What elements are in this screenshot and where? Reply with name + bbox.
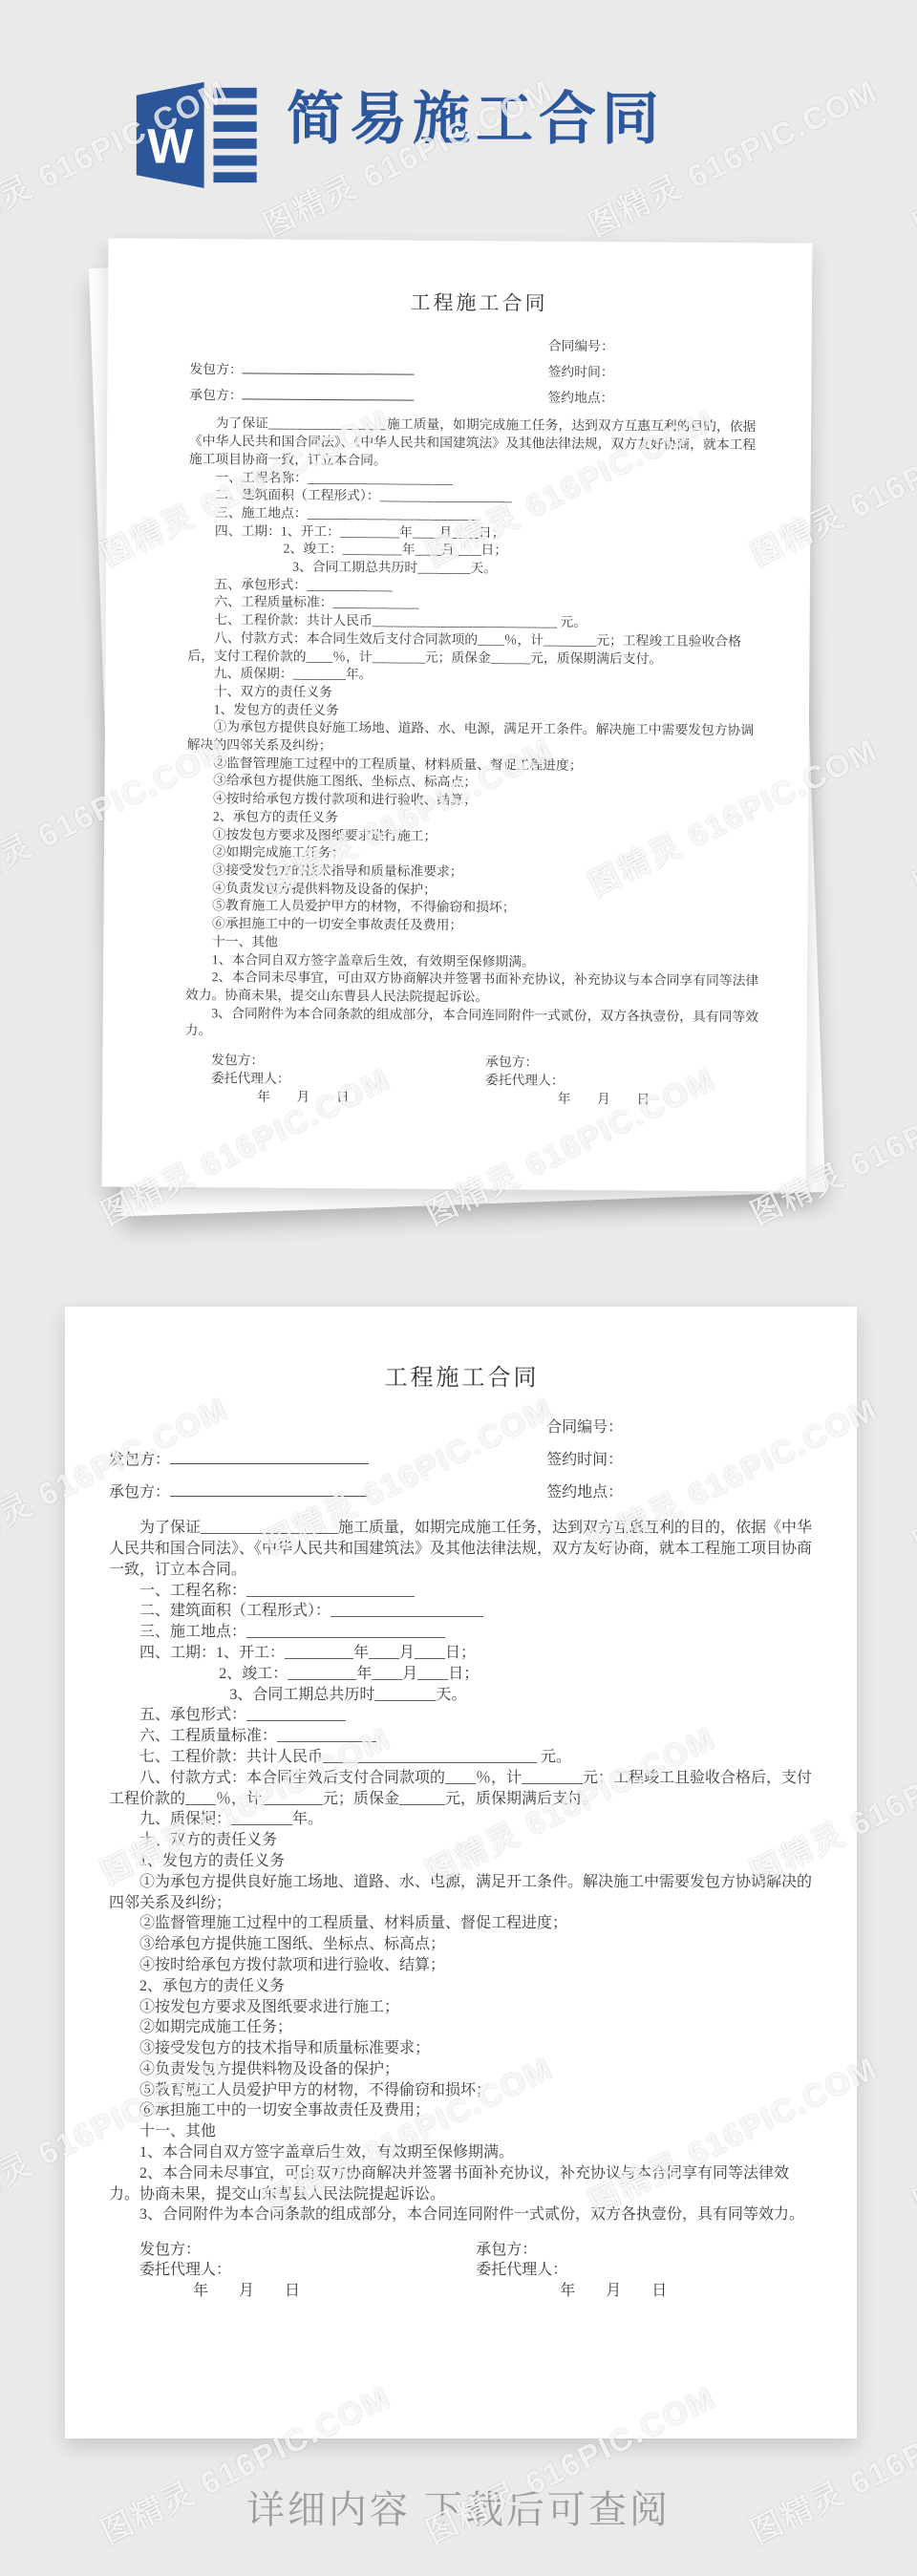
contract-document-large: 工程施工合同合同编号：发包方：签约时间：承包方：签约地点：为了保证_______… (65, 1307, 857, 2438)
doc-head-row: 发包方：签约时间： (109, 1444, 815, 1477)
signature-row: 发包方：承包方： (109, 2240, 815, 2261)
sign-place-label: 签约地点： (547, 384, 613, 410)
date-a-label: 年 月 日 (109, 2283, 300, 2299)
party-a-blank-line (170, 1448, 369, 1464)
sign-party-a-label: 发包方： (109, 2242, 201, 2258)
date-b-label: 年 月 日 (476, 2283, 667, 2299)
signature-row: 年 月 日年 月 日 (184, 1088, 762, 1110)
contract-preview-page-1: 工程施工合同合同编号：发包方：签约时间：承包方：签约地点：为了保证_______… (105, 241, 809, 1189)
contract-no-label: 合同编号： (546, 1412, 623, 1444)
sign-time-label: 签约时间： (546, 1444, 623, 1477)
contract-document-small: 工程施工合同合同编号：发包方：签约时间：承包方：签约地点：为了保证_______… (102, 238, 813, 1191)
doc-title: 工程施工合同 (109, 1364, 815, 1394)
contract-line: 八、付款方式：本合同生效后支付合同款项的____％，计________元；工程竣… (109, 1768, 815, 1810)
contract-line: ②如期完成施工任务； (109, 2017, 815, 2038)
party-a-blank-line (243, 359, 414, 374)
sign-party-a-label: 发包方： (184, 1053, 264, 1068)
contract-line: 1、发包方的责任义务 (109, 1851, 815, 1872)
contract-line: 四、工期：1、开工：_________年____月____日； (109, 1643, 815, 1664)
contract-preview-page-2: 工程施工合同合同编号：发包方：签约时间：承包方：签约地点：为了保证_______… (65, 1307, 857, 2438)
doc-head-row: 合同编号： (190, 330, 768, 360)
template-preview-canvas: W 简易施工合同 工程施工合同合同编号：发包方：签约时间：承包方：签约地点：为了… (0, 0, 917, 2576)
contract-no-label: 合同编号： (548, 332, 614, 358)
doc-title: 工程施工合同 (190, 288, 768, 319)
signature-block: 发包方：承包方：委托代理人：委托代理人：年 月 日年 月 日 (109, 2240, 815, 2302)
party-b-blank-line (242, 385, 413, 400)
watermark: 图精灵 616PIC.COM (905, 2044, 917, 2224)
contract-line: 二、建筑面积（工程形式）：____________________ (109, 1601, 815, 1622)
contract-line: 九、质保期：________年。 (109, 1809, 815, 1830)
signature-block: 发包方：承包方：委托代理人：委托代理人：年 月 日年 月 日 (184, 1052, 762, 1109)
contract-line: ③接受发包方的技术指导和质量标准要求； (109, 2038, 815, 2059)
sign-party-b-label: 承包方： (485, 1054, 538, 1073)
paper-sheet-front: 工程施工合同合同编号：发包方：签约时间：承包方：签约地点：为了保证_______… (102, 238, 813, 1191)
contract-line: 2、竣工：_________年____月____日； (109, 1664, 815, 1685)
party-b-label: 承包方： (109, 1484, 369, 1501)
contract-line: 2、本合同未尽事宜，可由双方协商解决并签署书面补充协议，补充协议与本合同享有同等… (109, 2163, 815, 2205)
svg-text:W: W (147, 119, 194, 174)
agent-b-label: 委托代理人： (485, 1072, 565, 1090)
party-a-label: 发包方： (109, 1452, 369, 1468)
sign-party-b-label: 承包方： (476, 2240, 537, 2261)
doc-head-row: 合同编号： (109, 1412, 815, 1444)
sign-place-label: 签约地点： (546, 1477, 623, 1509)
contract-line: 七、工程价款：共计人民币____________________________… (109, 1747, 815, 1768)
contract-line: ④负责发包方提供料物及设备的保护； (109, 2059, 815, 2080)
contract-line: 十、双方的责任义务 (109, 1830, 815, 1851)
date-b-label: 年 月 日 (485, 1091, 650, 1106)
sign-time-label: 签约时间： (548, 358, 614, 384)
footer-caption: 详细内容 下载后可查阅 (0, 2480, 917, 2534)
party-b-blank-line (170, 1480, 369, 1497)
word-icon: W (107, 78, 260, 191)
signature-row: 委托代理人：委托代理人： (109, 2260, 815, 2281)
doc-head: 合同编号：发包方：签约时间：承包方：签约地点： (189, 330, 768, 412)
contract-line: ②监督管理施工过程中的工程质量、材料质量、督促工程进度； (109, 1913, 815, 1934)
contract-line: 3、合同附件为本合同条款的组成部分，本合同连同附件一式贰份，双方各执壹份，具有同… (109, 2204, 815, 2225)
contract-line: 八、付款方式：本合同生效后支付合同款项的____％，计________元；工程竣… (187, 629, 765, 670)
contract-intro: 为了保证__________________施工质量，如期完成施工任务，达到双方… (189, 415, 767, 472)
doc-head: 合同编号：发包方：签约时间：承包方：签约地点： (109, 1412, 815, 1509)
contract-line: 三、施工地点：__________________________ (109, 1622, 815, 1643)
page-title: 简易施工合同 (287, 88, 665, 151)
date-b-wrap: 年 月 日 (476, 2281, 667, 2302)
contract-line: ①为承包方提供良好施工场地、道路、水、电源，满足开工条件。解决施工中需要发包方协… (187, 718, 765, 758)
contract-line: ①为承包方提供良好施工场地、道路、水、电源，满足开工条件。解决施工中需要发包方协… (109, 1872, 815, 1914)
contract-line: ⑤教育施工人员爱护甲方的材物，不得偷窃和损坏； (109, 2080, 815, 2101)
contract-line: 一、工程名称：______________________ (109, 1581, 815, 1602)
contract-line: 六、工程质量标准：_____________ (109, 1726, 815, 1747)
party-a-label: 发包方： (189, 362, 414, 378)
doc-body: 为了保证__________________施工质量，如期完成施工任务，达到双方… (184, 415, 767, 1109)
contract-line: ④按时给承包方拨付款项和进行验收、结算； (109, 1955, 815, 1976)
signature-row: 年 月 日年 月 日 (109, 2281, 815, 2302)
contract-line: ①按发包方要求及图纸要求进行施工； (109, 1997, 815, 2018)
party-b-label: 承包方： (189, 388, 414, 404)
contract-line: 3、合同工期总共历时________天。 (109, 1685, 815, 1706)
contract-line: 3、合同附件为本合同条款的组成部分，本合同连同附件一式贰份，双方各执壹份，具有同… (185, 1005, 763, 1045)
header: W 简易施工合同 (0, 0, 917, 210)
contract-line: 2、承包方的责任义务 (109, 1976, 815, 1997)
doc-head-row: 发包方：签约时间： (189, 356, 767, 386)
doc-head-row: 承包方：签约地点： (189, 382, 767, 412)
contract-line: 五、承包形式：_____________ (109, 1705, 815, 1726)
agent-a-label: 委托代理人： (184, 1071, 289, 1086)
contract-line: ⑥承担施工中的一切安全事故责任及费用； (109, 2100, 815, 2121)
watermark: 图精灵 616PIC.COM (905, 1385, 917, 1565)
doc-head-row: 承包方：签约地点： (109, 1477, 815, 1509)
date-b-wrap: 年 月 日 (485, 1090, 650, 1109)
agent-a-label: 委托代理人： (109, 2262, 231, 2278)
date-a-label: 年 月 日 (184, 1089, 350, 1104)
contract-intro: 为了保证__________________施工质量，如期完成施工任务，达到双方… (109, 1518, 815, 1580)
agent-b-label: 委托代理人： (476, 2260, 567, 2281)
doc-body: 为了保证__________________施工质量，如期完成施工任务，达到双方… (109, 1518, 815, 2302)
contract-line: ③给承包方提供施工图纸、坐标点、标高点； (109, 1934, 815, 1955)
watermark: 图精灵 616PIC.COM (905, 726, 917, 905)
contract-line: 十一、其他 (109, 2121, 815, 2142)
contract-line: 2、本合同未尽事宜，可由双方协商解决并签署书面补充协议，补充协议与本合同享有同等… (185, 969, 763, 1009)
contract-line: 1、本合同自双方签字盖章后生效，有效期至保修期满。 (109, 2142, 815, 2163)
